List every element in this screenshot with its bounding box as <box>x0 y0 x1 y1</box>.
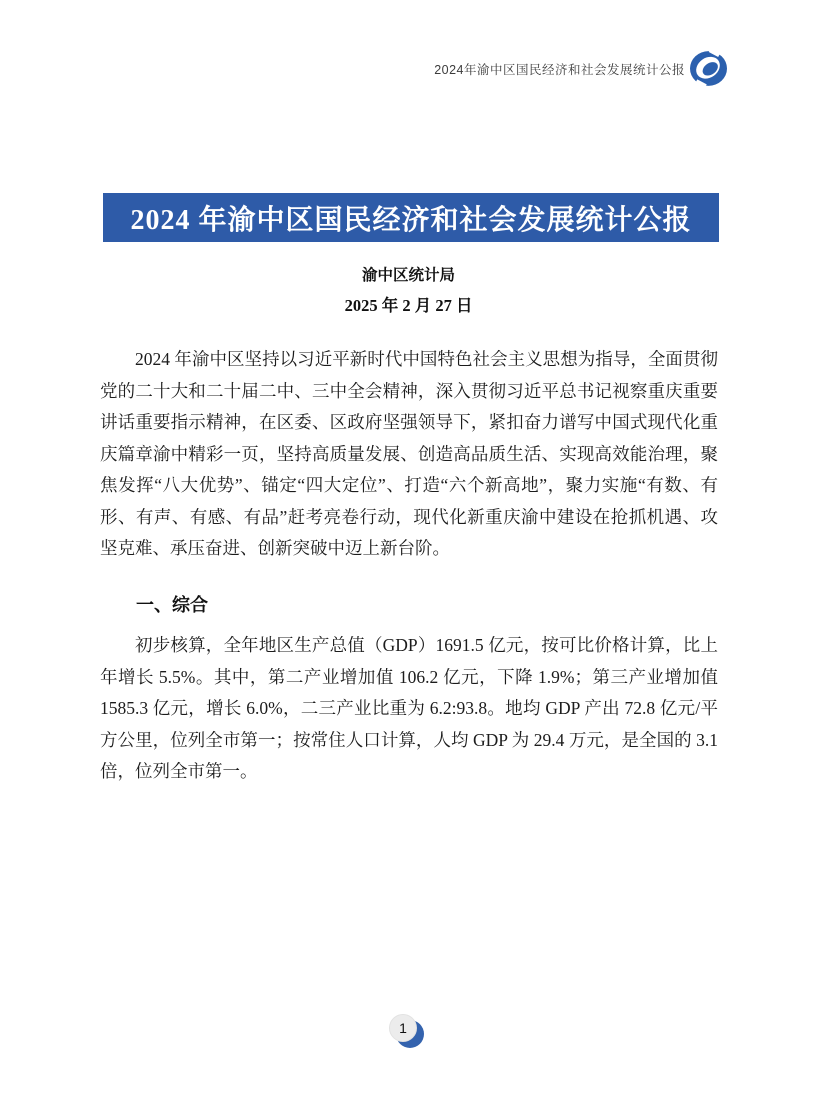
issuing-agency: 渝中区统计局 <box>0 263 817 285</box>
section-heading-overview: 一、综合 <box>100 590 718 622</box>
document-page: 2024年渝中区国民经济和社会发展统计公报 2024 年渝中区国民经济和社会发展… <box>0 0 817 1100</box>
page-number-marker: 1 <box>383 1011 429 1053</box>
byline: 渝中区统计局 2025 年 2 月 27 日 <box>0 263 817 316</box>
intro-paragraph: 2024 年渝中区坚持以习近平新时代中国特色社会主义思想为指导，全面贯彻党的二十… <box>100 344 718 565</box>
statistics-swirl-logo-icon <box>689 50 728 87</box>
page-number: 1 <box>389 1014 417 1042</box>
running-header-title: 2024年渝中区国民经济和社会发展统计公报 <box>434 60 685 78</box>
running-header: 2024年渝中区国民经济和社会发展统计公报 <box>434 50 728 87</box>
title-banner: 2024 年渝中区国民经济和社会发展统计公报 <box>103 193 719 242</box>
page-title: 2024 年渝中区国民经济和社会发展统计公报 <box>130 198 691 238</box>
document-body: 2024 年渝中区坚持以习近平新时代中国特色社会主义思想为指导，全面贯彻党的二十… <box>100 344 718 788</box>
section-overview-paragraph: 初步核算，全年地区生产总值（GDP）1691.5 亿元，按可比价格计算，比上年增… <box>100 630 718 788</box>
publication-date: 2025 年 2 月 27 日 <box>0 292 817 316</box>
